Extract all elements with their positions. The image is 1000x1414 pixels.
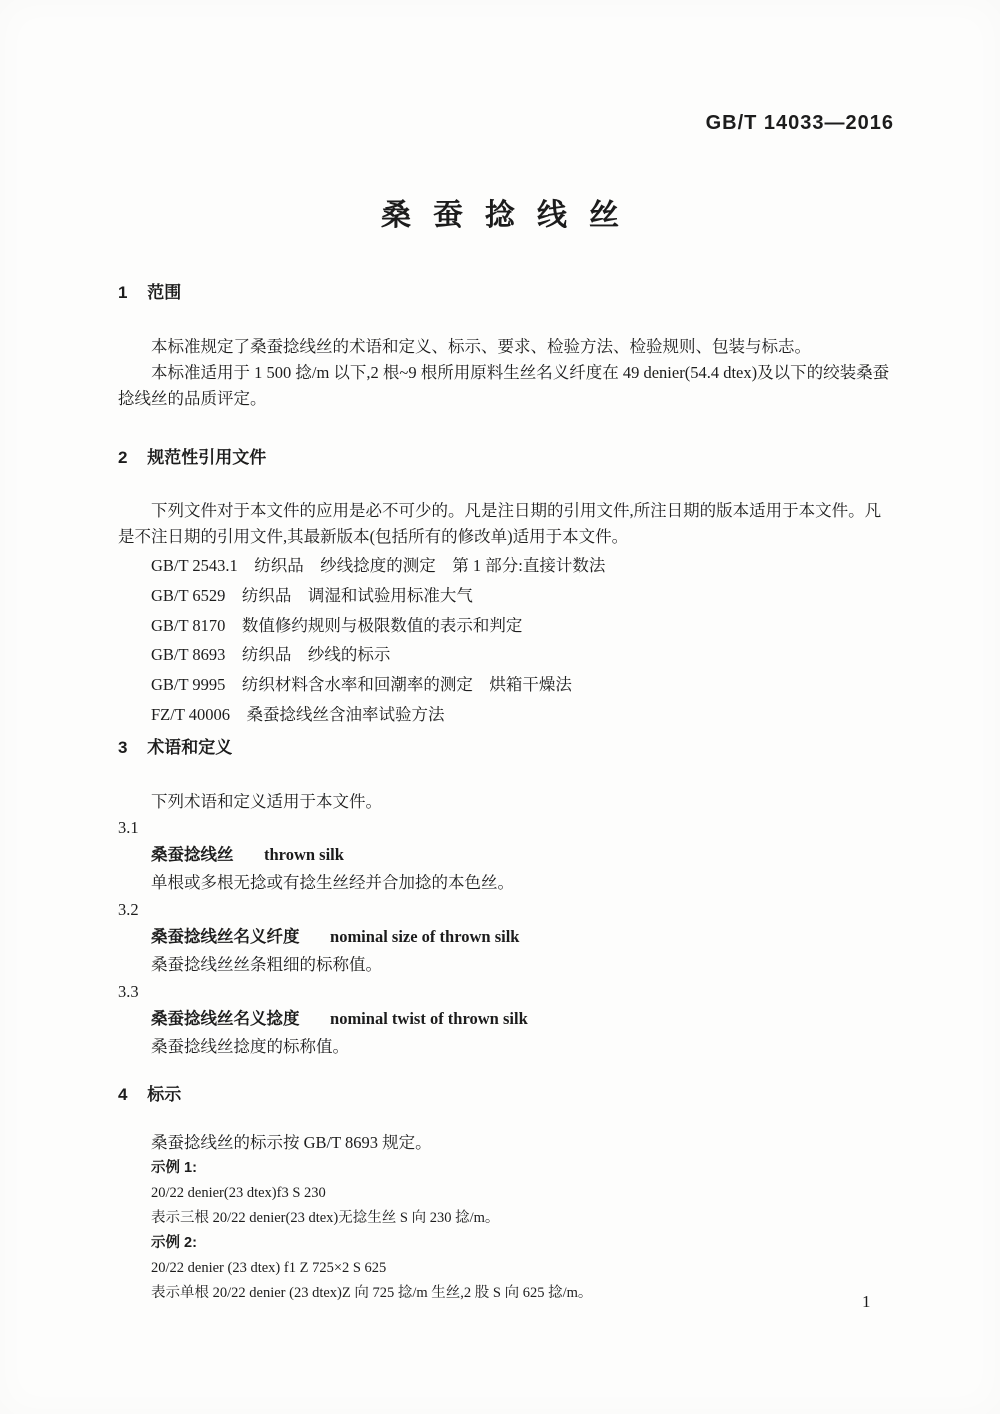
terms-list: 3.1 桑蚕捻线丝 thrown silk 单根或多根无捻或有捻生丝经并合加捻的… [118, 814, 896, 1060]
doc-title: 桑蚕捻线丝 [0, 190, 1000, 234]
term-name: 桑蚕捻线丝名义捻度 nominal twist of thrown silk [151, 1005, 896, 1033]
reference-item: FZ/T 40006 桑蚕捻线丝含油率试验方法 [151, 700, 896, 730]
reference-item: GB/T 8693 纺织品 纱线的标示 [151, 640, 896, 670]
references-list: GB/T 2543.1 纺织品 纱线捻度的测定 第 1 部分:直接计数法 GB/… [118, 551, 896, 730]
term-name-cn: 桑蚕捻线丝名义纤度 [151, 928, 300, 946]
term-definition: 桑蚕捻线丝丝条粗细的标称值。 [151, 951, 896, 978]
doc-number: GB/T 14033—2016 [706, 112, 894, 135]
section-1-number: 1 [118, 283, 127, 302]
example-description: 表示单根 20/22 denier (23 dtex)Z 向 725 捻/m 生… [151, 1281, 896, 1306]
section-3-heading: 3 术语和定义 [118, 737, 898, 759]
section-1-title: 范围 [147, 283, 181, 302]
term-definition: 桑蚕捻线丝捻度的标称值。 [151, 1033, 896, 1060]
example-label: 示例 1: [151, 1156, 896, 1181]
scope-paragraph-2: 本标准适用于 1 500 捻/m 以下,2 根~9 根所用原料生丝名义纤度在 4… [118, 360, 896, 412]
term-definition: 单根或多根无捻或有捻生丝经并合加捻的本色丝。 [151, 869, 896, 896]
references-intro-paragraph: 下列文件对于本文件的应用是必不可少的。凡是注日期的引用文件,所注日期的版本适用于… [118, 498, 896, 550]
term-entry: 3.3 桑蚕捻线丝名义捻度 nominal twist of thrown si… [118, 978, 896, 1060]
term-id: 3.2 [118, 896, 896, 923]
section-1-heading: 1 范围 [118, 282, 898, 304]
term-id: 3.3 [118, 978, 896, 1005]
term-name: 桑蚕捻线丝 thrown silk [151, 841, 896, 869]
example-code: 20/22 denier (23 dtex) f1 Z 725×2 S 625 [151, 1256, 896, 1281]
scope-paragraph-1: 本标准规定了桑蚕捻线丝的术语和定义、标示、要求、检验方法、检验规则、包装与标志。 [118, 334, 896, 360]
reference-item: GB/T 8170 数值修约规则与极限数值的表示和判定 [151, 611, 896, 641]
term-entry: 3.2 桑蚕捻线丝名义纤度 nominal size of thrown sil… [118, 896, 896, 978]
section-2-number: 2 [118, 448, 127, 467]
section-2-heading: 2 规范性引用文件 [118, 447, 898, 469]
reference-item: GB/T 6529 纺织品 调湿和试验用标准大气 [151, 581, 896, 611]
term-id: 3.1 [118, 814, 896, 841]
term-name: 桑蚕捻线丝名义纤度 nominal size of thrown silk [151, 923, 896, 951]
page-number: 1 [862, 1292, 871, 1312]
term-name-en: nominal twist of thrown silk [330, 1009, 528, 1028]
terms-intro: 下列术语和定义适用于本文件。 [118, 789, 896, 815]
terms-intro-text: 下列术语和定义适用于本文件。 [151, 789, 896, 815]
term-entry: 3.1 桑蚕捻线丝 thrown silk 单根或多根无捻或有捻生丝经并合加捻的… [118, 814, 896, 896]
term-name-en: nominal size of thrown silk [330, 927, 519, 946]
designation-intro: 桑蚕捻线丝的标示按 GB/T 8693 规定。 [118, 1130, 896, 1156]
section-4-title: 标示 [147, 1085, 181, 1104]
section-2-title: 规范性引用文件 [147, 448, 266, 467]
section-2-intro: 下列文件对于本文件的应用是必不可少的。凡是注日期的引用文件,所注日期的版本适用于… [118, 498, 896, 550]
designation-intro-text: 桑蚕捻线丝的标示按 GB/T 8693 规定。 [151, 1130, 896, 1156]
reference-item: GB/T 2543.1 纺织品 纱线捻度的测定 第 1 部分:直接计数法 [151, 551, 896, 581]
example-description: 表示三根 20/22 denier(23 dtex)无捻生丝 S 向 230 捻… [151, 1206, 896, 1231]
examples-block: 示例 1: 20/22 denier(23 dtex)f3 S 230 表示三根… [118, 1156, 896, 1306]
example-code: 20/22 denier(23 dtex)f3 S 230 [151, 1181, 896, 1206]
section-3-number: 3 [118, 738, 127, 757]
term-name-cn: 桑蚕捻线丝 [151, 846, 234, 864]
section-4-heading: 4 标示 [118, 1084, 898, 1106]
example-label: 示例 2: [151, 1231, 896, 1256]
reference-item: GB/T 9995 纺织材料含水率和回潮率的测定 烘箱干燥法 [151, 670, 896, 700]
document-page: GB/T 14033—2016 桑蚕捻线丝 1 范围 本标准规定了桑蚕捻线丝的术… [0, 0, 1000, 1414]
section-4-number: 4 [118, 1085, 127, 1104]
term-name-cn: 桑蚕捻线丝名义捻度 [151, 1010, 300, 1028]
section-3-title: 术语和定义 [147, 738, 232, 757]
term-name-en: thrown silk [264, 845, 344, 864]
section-1-body: 本标准规定了桑蚕捻线丝的术语和定义、标示、要求、检验方法、检验规则、包装与标志。… [118, 334, 896, 412]
